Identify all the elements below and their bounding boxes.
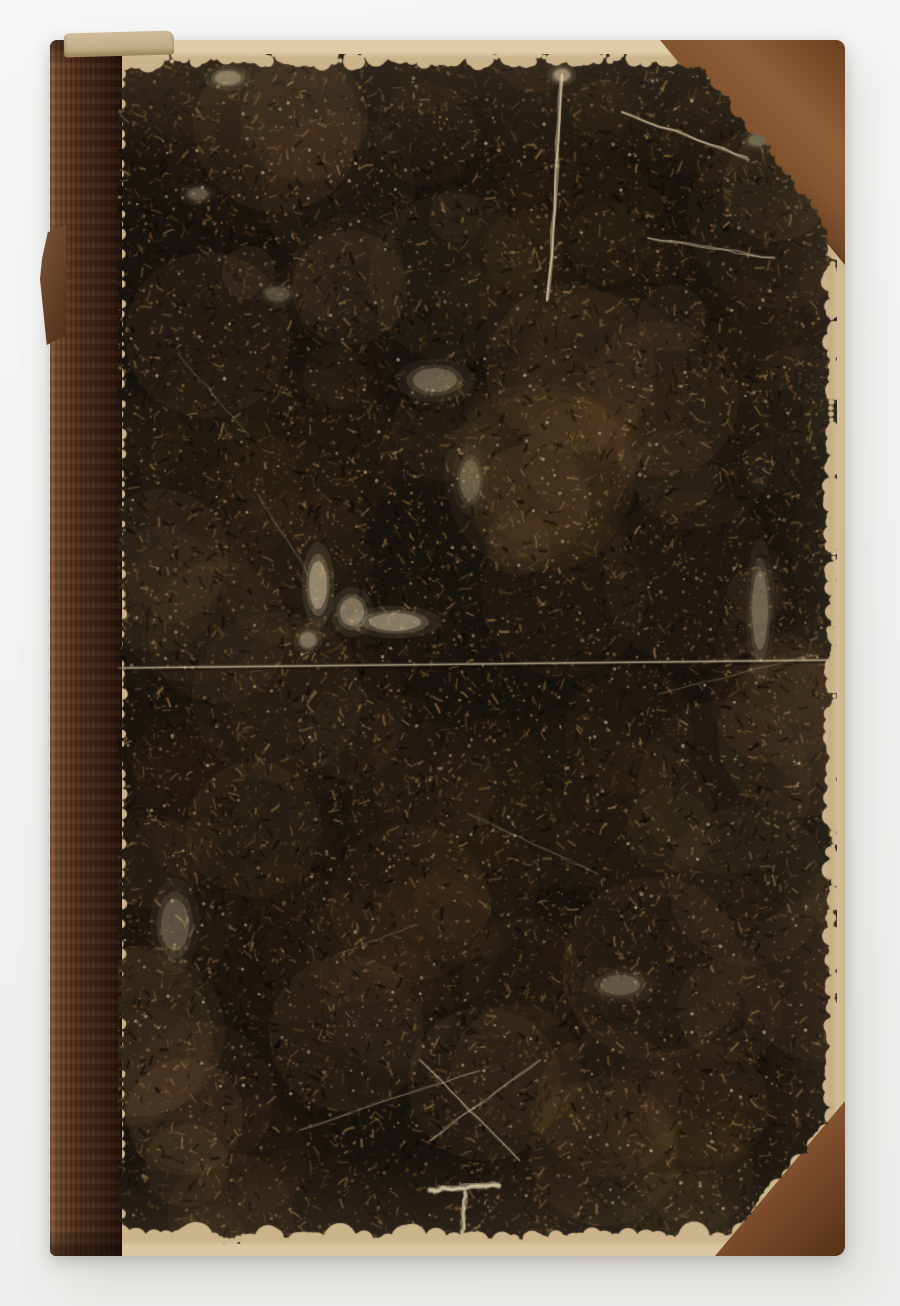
book-spine [50,40,122,1256]
spine-flap [40,225,66,345]
book-cover [50,40,845,1256]
cover-paper-texture [118,54,837,1244]
spine-headcap [64,30,175,57]
photo-stage [0,0,900,1306]
